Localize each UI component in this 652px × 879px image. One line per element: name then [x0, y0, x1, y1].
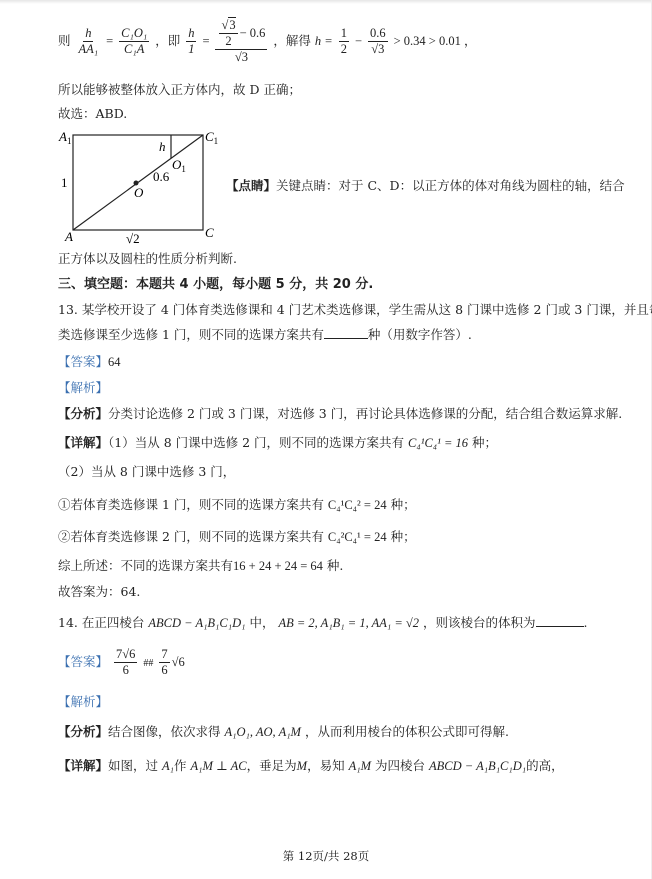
text: 则: [58, 33, 71, 48]
text: ，即: [155, 33, 180, 48]
summary-line: 综上所述：不同的选课方案共有16 + 24 + 24 = 64 种.: [58, 557, 343, 575]
answer-value: 64: [108, 355, 121, 369]
fraction: 76: [159, 647, 169, 678]
answer-line: 【答案】64: [58, 353, 121, 371]
fraction: hAA₁: [77, 26, 101, 57]
detail-line: 【详解】（1）当从 8 门课中选修 2 门，则不同的选课方案共有 C₄¹C₄¹ …: [58, 434, 497, 452]
detail-line: 【详解】如图，过 A₁作 A₁M ⊥ AC，垂足为M，易知 A₁M 为四棱台 A…: [58, 757, 564, 775]
case-line: ①若体育类选修课 1 门，则不同的选课方案共有 C₄¹C₄² = 24 种；: [58, 496, 416, 514]
answer-line: 【答案】 7√66 ## 76√6: [58, 644, 185, 682]
equation-line: 则 hAA₁ = C₁O₁C₁A ，即 h1 = √32 − 0.6 √3 ，解…: [58, 18, 476, 65]
text-line: 故答案为：64.: [58, 583, 140, 601]
math: 16 + 24 + 24 = 64: [233, 559, 323, 573]
analysis-line: 【分析】结合图像，依次求得 A₁O₁, AO, A₁M ，从而利用棱台的体积公式…: [58, 723, 509, 741]
page-footer: 第 12页/共 28页: [0, 848, 652, 864]
tip-tag: 【点睛】: [226, 178, 276, 193]
text: ，解得: [273, 33, 311, 48]
tip-line: 【点睛】关键点睛：对于 C、D：以正方体的体对角线为圆柱的轴，结合: [226, 177, 625, 195]
fraction: 0.6√3: [368, 26, 388, 57]
text-line: 正方体以及圆柱的性质分析判断.: [58, 250, 237, 268]
top-shadow: [0, 0, 652, 4]
svg-text:A1: A1: [58, 129, 71, 146]
analysis-tag: 【解析】: [58, 379, 108, 397]
analysis-tag: 【解析】: [58, 693, 108, 711]
answer-blank: [324, 326, 368, 339]
fraction: 7√66: [114, 647, 137, 678]
section-heading: 三、填空题：本题共 4 小题，每小题 5 分，共 20 分.: [58, 276, 373, 294]
fraction: h1: [186, 26, 196, 57]
math: C₄¹C₄¹ = 16: [408, 436, 468, 450]
svg-text:C: C: [205, 225, 214, 240]
svg-text:C1: C1: [205, 129, 218, 146]
math: C₄¹C₄² = 24: [328, 498, 387, 512]
answer-blank: [536, 614, 584, 627]
svg-text:A: A: [64, 229, 73, 244]
question-13-line2: 类选修课至少选修 1 门，则不同的选课方案共有种（用数字作答）.: [58, 326, 472, 344]
svg-text:h: h: [159, 139, 166, 154]
math: ABCD − A₁B₁C₁D₁: [148, 616, 245, 630]
svg-text:√2: √2: [126, 231, 140, 246]
svg-text:O1: O1: [172, 157, 186, 174]
fraction: C₁O₁C₁A: [119, 26, 149, 57]
compound-fraction: √32 − 0.6 √3: [215, 18, 267, 65]
math: C₄²C₄¹ = 24: [328, 530, 387, 544]
svg-text:O: O: [134, 185, 144, 200]
geometry-figure: A1 C1 h O1 0.6 O 1 A C √2: [55, 125, 225, 247]
fraction: 12: [339, 26, 349, 57]
text-line: 所以能够被整体放入正方体内，故 D 正确；: [58, 81, 301, 99]
question-13-line1: 13. 某学校开设了 4 门体育类选修课和 4 门艺术类选修课，学生需从这 8 …: [58, 301, 652, 319]
math: AB = 2, A₁B₁ = 1, AA₁ = √2: [278, 616, 419, 630]
answer-tag: 【答案】: [58, 654, 108, 669]
question-14: 14. 在正四棱台 ABCD − A₁B₁C₁D₁ 中， AB = 2, A₁B…: [58, 614, 588, 632]
svg-text:1: 1: [61, 175, 68, 190]
text-line: （2）当从 8 门课中选修 3 门，: [58, 463, 235, 481]
math: A₁O₁, AO, A₁M: [225, 725, 301, 739]
math: h =: [315, 34, 333, 48]
answer-tag: 【答案】: [58, 354, 108, 369]
case-line: ②若体育类选修课 2 门，则不同的选课方案共有 C₄²C₄¹ = 24 种；: [58, 528, 416, 546]
text-line: 故选：ABD.: [58, 105, 127, 123]
svg-text:0.6: 0.6: [153, 169, 170, 184]
analysis-line: 【分析】分类讨论选修 2 门或 3 门课，对选修 3 门，再讨论具体选修课的分配…: [58, 405, 622, 423]
math: > 0.34 > 0.01 ，: [394, 34, 477, 48]
